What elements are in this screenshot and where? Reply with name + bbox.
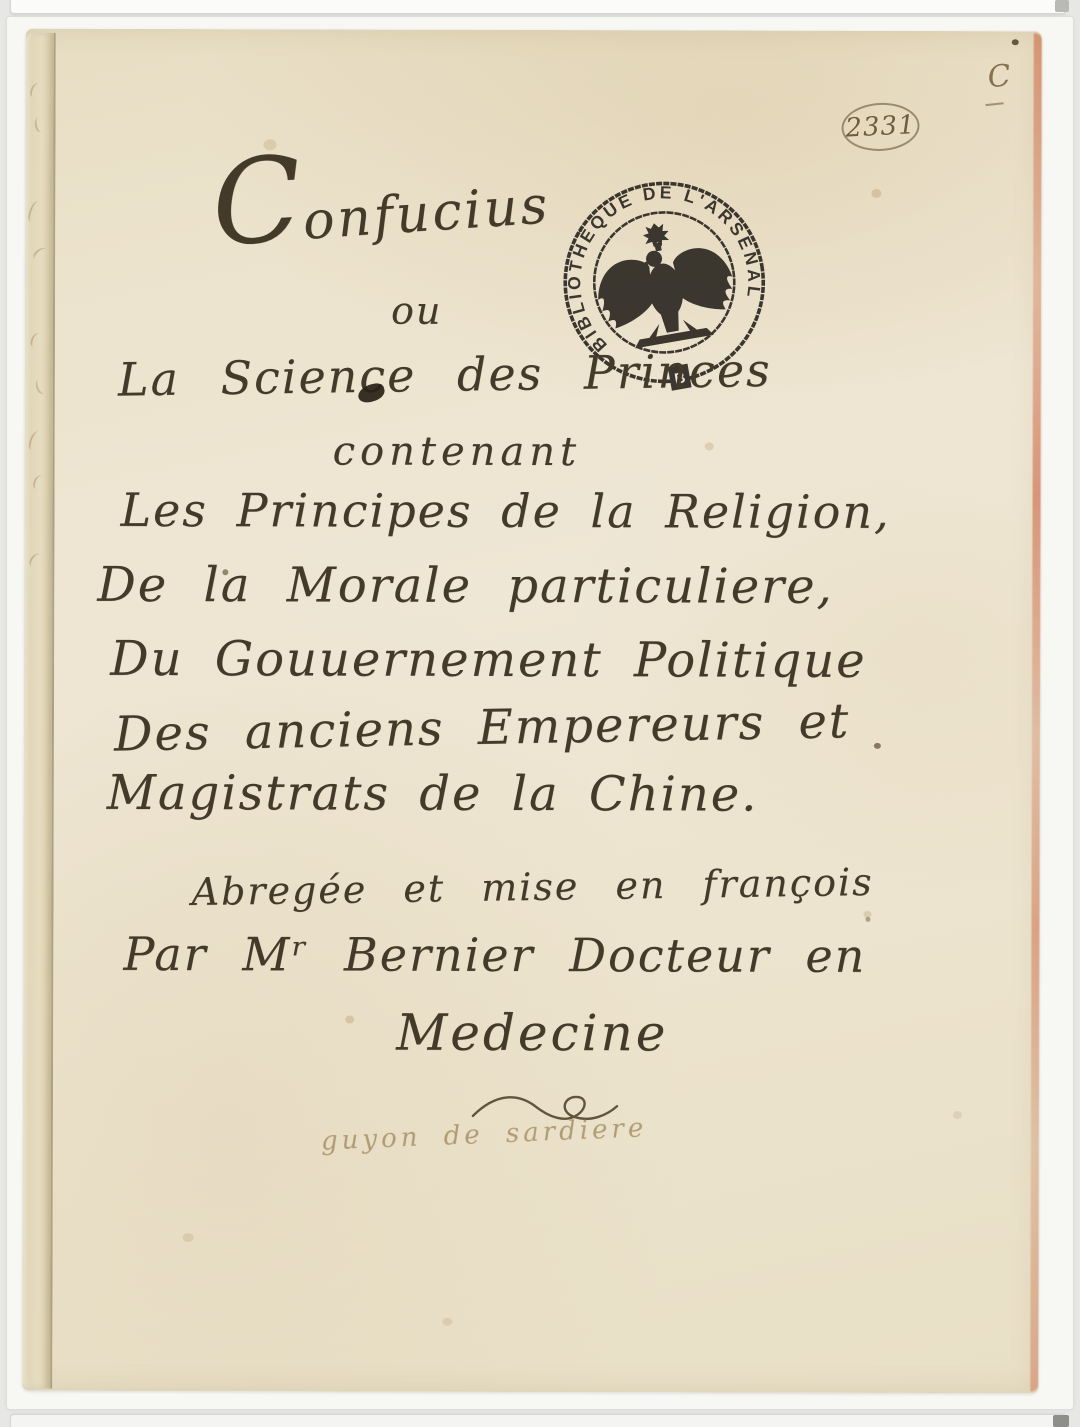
title-line-medecine: Medecine <box>396 1008 668 1059</box>
bleedthrough-mark <box>28 551 44 569</box>
title-line-gouvernement: Du Gouuernement Politique <box>110 635 867 685</box>
adjacent-scan-edge-bottom <box>10 1414 1066 1427</box>
bleedthrough-mark <box>27 200 43 224</box>
shelfmark-number: 2331 <box>845 110 917 143</box>
corner-annotation-underline <box>986 102 1004 106</box>
foxing-spot <box>705 442 714 450</box>
title-line-morale: De la Morale particuliere, <box>97 561 834 611</box>
bleedthrough-mark <box>33 377 50 395</box>
bleedthrough-mark <box>32 115 47 133</box>
previous-leaf-fold-edge <box>22 33 56 1389</box>
foxing-spot <box>953 1111 962 1119</box>
foxing-spot <box>1012 39 1019 45</box>
foxing-spot <box>442 1318 452 1326</box>
foxing-spot <box>865 917 870 922</box>
foxing-spot <box>263 139 276 150</box>
red-stained-fore-edge <box>1030 33 1042 1391</box>
title-line-magistrats: Magistrats de la Chine. <box>107 769 759 819</box>
corner-annotation-letter: C <box>986 58 1012 95</box>
title-line-abregee: Abregée et mise en françois <box>191 863 874 911</box>
stamp-circular-text: BIBLIOTHÈQUE DE L'ARSENAL <box>548 167 773 360</box>
manuscript-photo: C 2331 BIBLIOTHÈQUE DE L'ARSENAL <box>7 17 1073 1409</box>
adjacent-scan-edge-top <box>10 0 1066 14</box>
adjacent-scan-corner <box>1053 1415 1069 1427</box>
digitized-manuscript-scan: C 2331 BIBLIOTHÈQUE DE L'ARSENAL <box>0 0 1080 1427</box>
title-line-confucius: Confucius <box>212 176 552 254</box>
title-line-principes: Les Principes de la Religion, <box>120 487 890 535</box>
bleedthrough-mark <box>32 474 46 491</box>
foxing-spot <box>874 743 881 749</box>
manuscript-page: C 2331 BIBLIOTHÈQUE DE L'ARSENAL <box>22 29 1042 1394</box>
title-line-science: La Science des Princes <box>118 347 772 403</box>
title-line-bernier: Par Mʳ Bernier Docteur en <box>123 931 866 979</box>
shelfmark-oval: 2331 <box>840 101 920 153</box>
bleedthrough-mark <box>32 245 50 264</box>
foxing-spot <box>345 1016 354 1024</box>
svg-text:BIBLIOTHÈQUE DE L'ARSENAL: BIBLIOTHÈQUE DE L'ARSENAL <box>548 167 773 360</box>
foxing-spot <box>183 1233 194 1242</box>
foxing-spot <box>871 189 881 198</box>
title-line-empereurs: Des anciens Empereurs et <box>114 697 851 758</box>
adjacent-scan-corner <box>1055 0 1069 12</box>
bleedthrough-mark <box>29 82 43 99</box>
bleedthrough-mark <box>29 332 43 349</box>
ownership-inscription: guyon de sardiere <box>320 1113 647 1156</box>
bleedthrough-mark <box>27 430 43 452</box>
foxing-spot <box>222 569 228 575</box>
title-line-contenant: contenant <box>333 431 582 472</box>
title-line-ou: ou <box>391 292 442 330</box>
